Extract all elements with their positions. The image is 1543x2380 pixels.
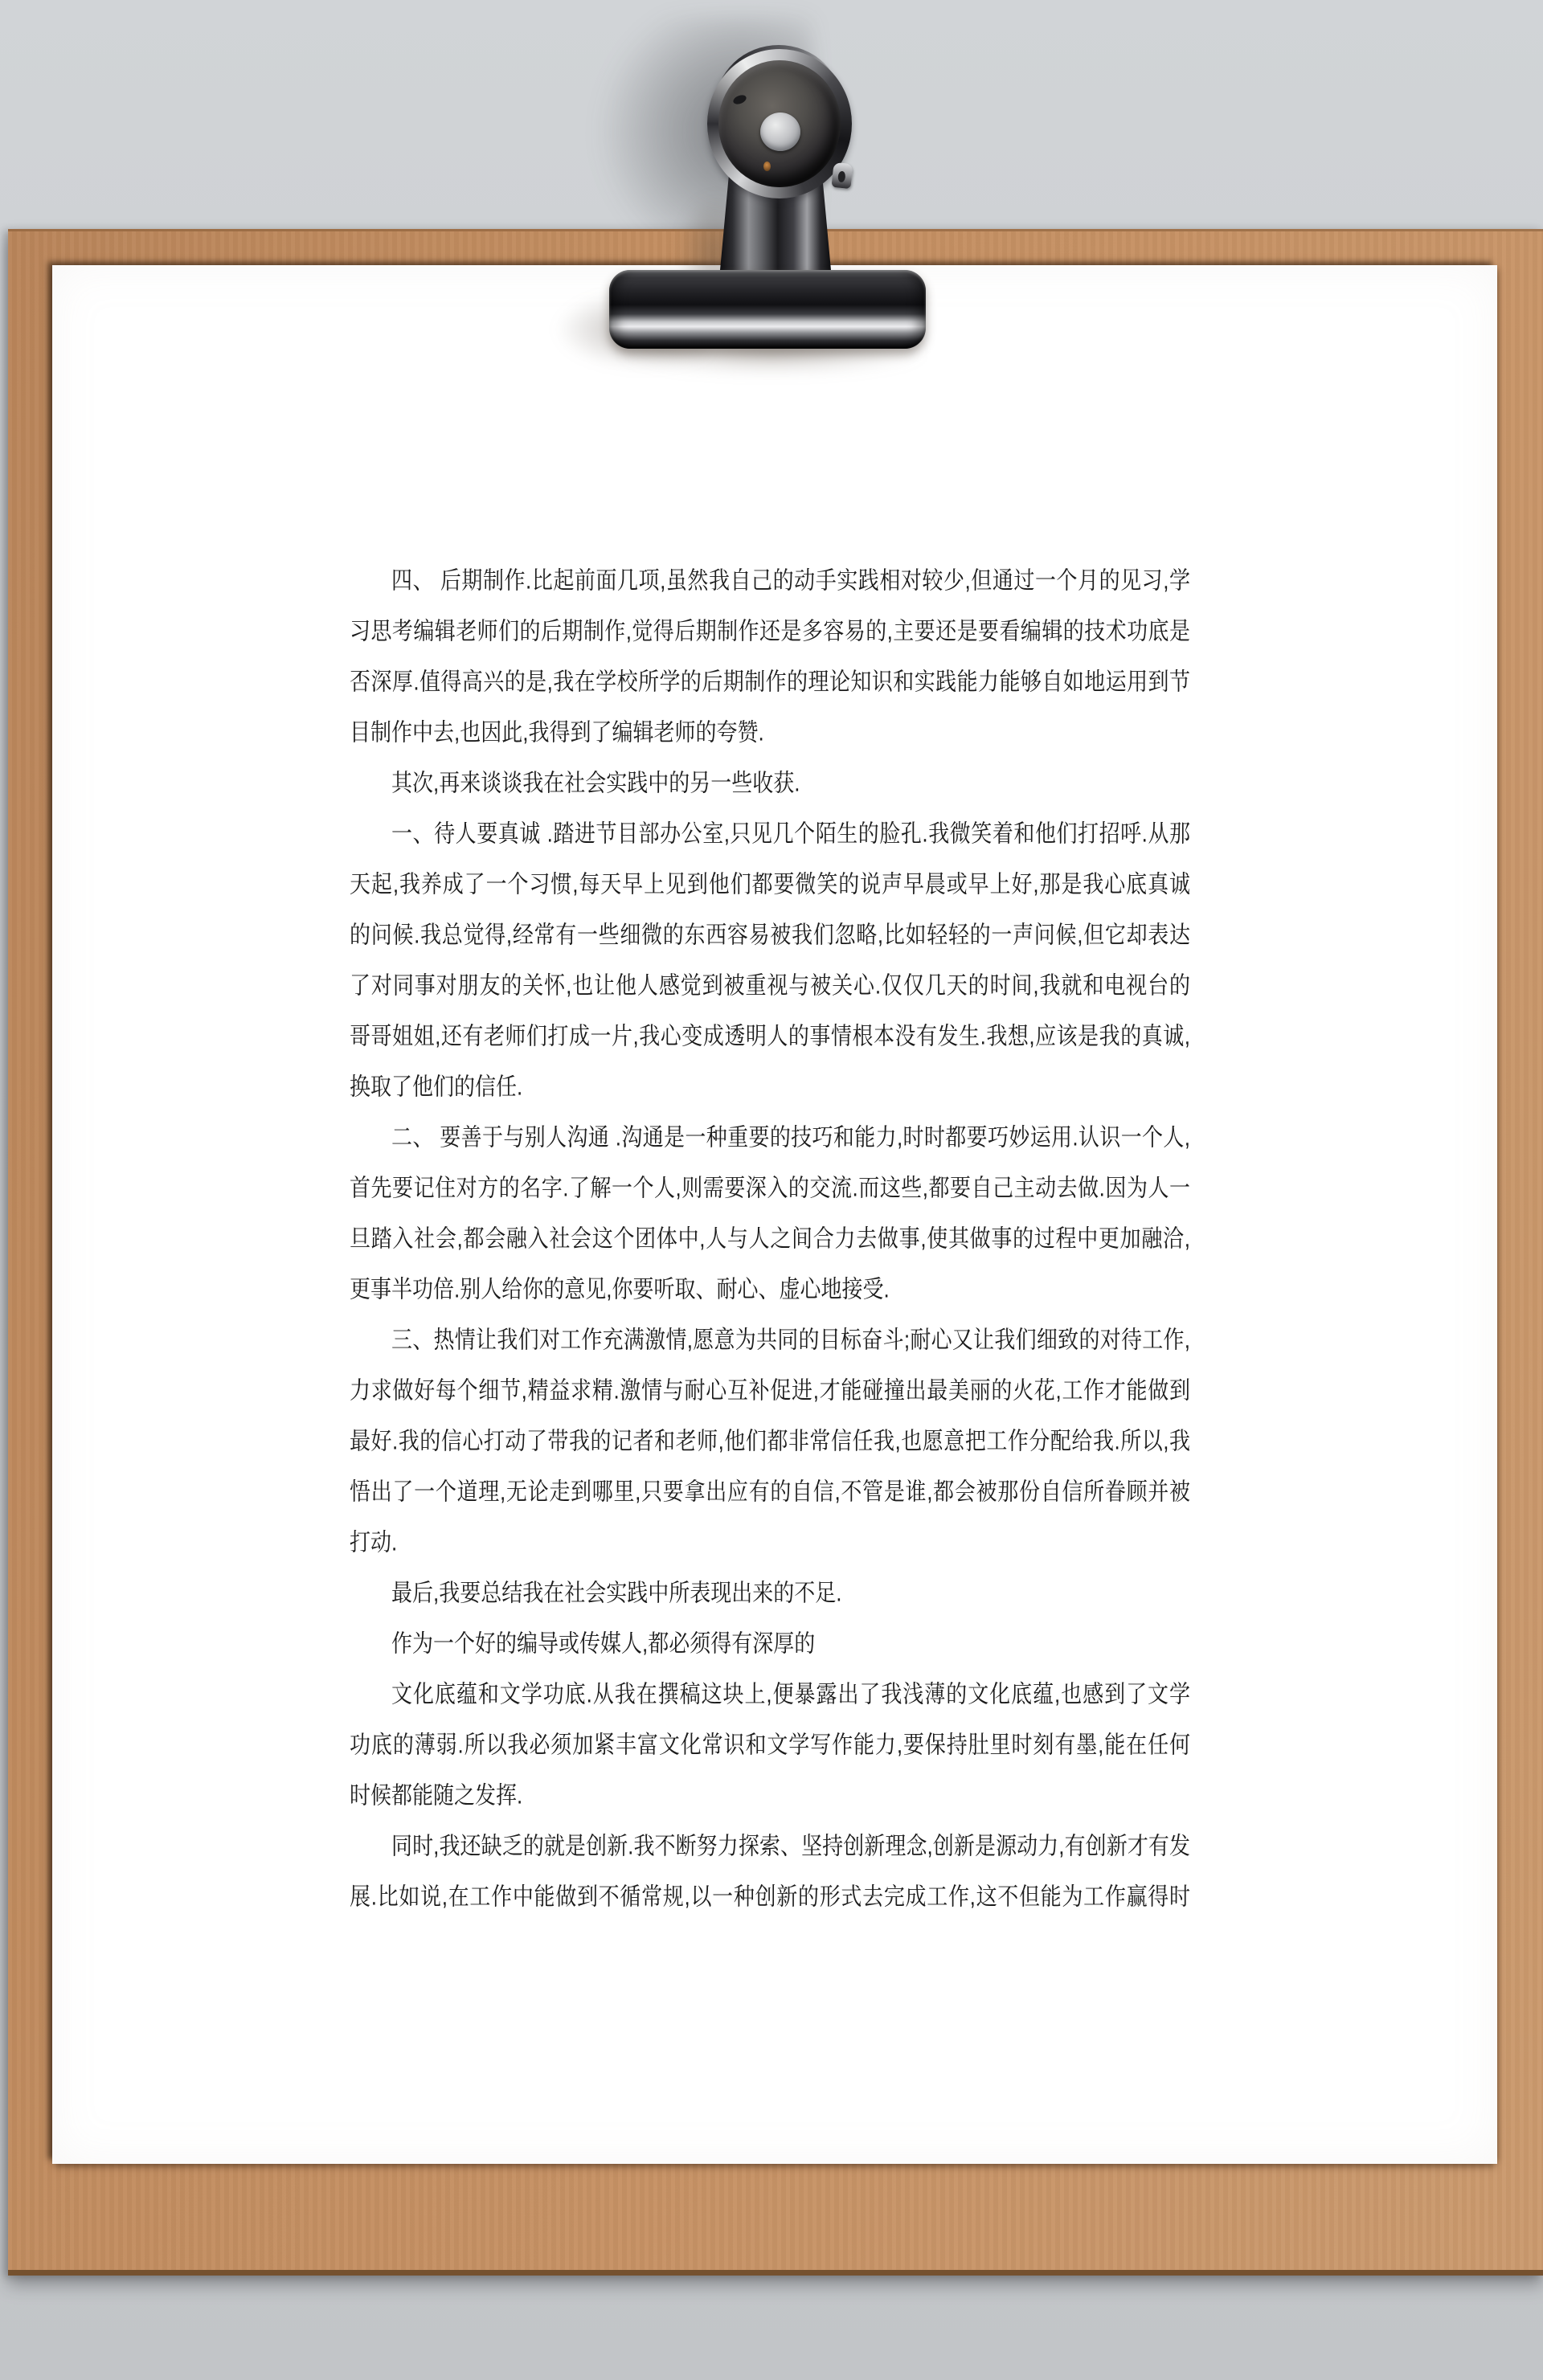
clip-base-bar	[609, 270, 926, 349]
photo-canvas: { "page": { "background_color": "#cbced1…	[0, 0, 1543, 2380]
clip-coil-hole	[760, 112, 800, 151]
text-line: 展.比如说,在工作中能做到不循常规,以一种创新的形式去完成工作,这不但能为工作赢…	[350, 1867, 1190, 1926]
document-text: 四、 后期制作.比起前面几项,虽然我自己的动手实践相对较少,但通过一个月的见习,…	[350, 555, 1190, 1922]
clip-lever	[831, 162, 853, 189]
clip-amber-reflection	[763, 162, 771, 171]
